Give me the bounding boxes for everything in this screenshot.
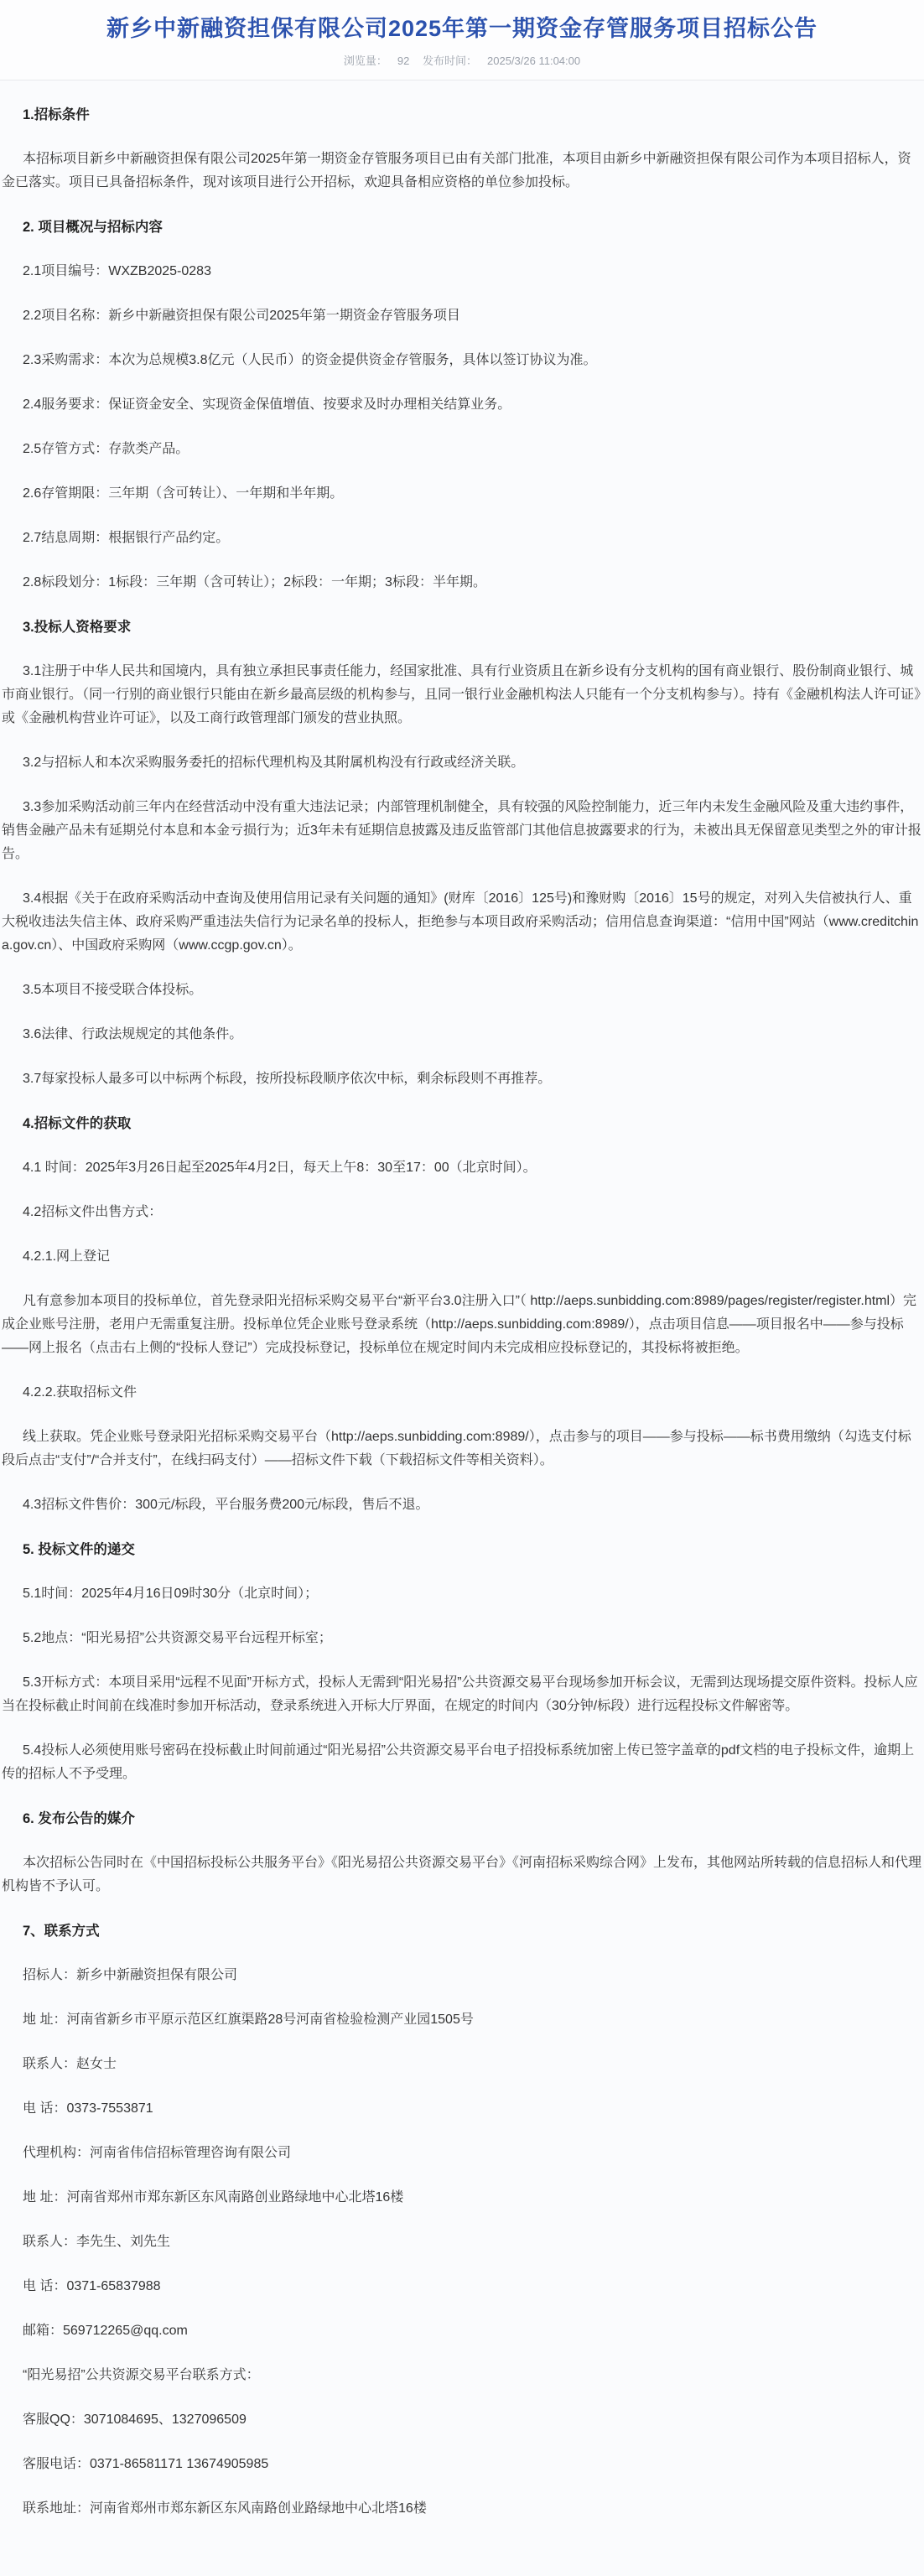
paragraph: 4.1 时间：2025年3月26日起至2025年4月2日，每天上午8：30至17…	[2, 1156, 922, 1180]
paragraph: 客服电话：0371-86581171 13674905985	[2, 2453, 922, 2476]
section-heading: 4.招标文件的获取	[2, 1112, 922, 1135]
paragraph: 3.5本项目不接受联合体投标。	[2, 979, 922, 1002]
paragraph: 2.8标段划分：1标段：三年期（含可转让）；2标段：一年期；3标段：半年期。	[2, 571, 922, 595]
paragraph: 2.4服务要求：保证资金安全、实现资金保值增值、按要求及时办理相关结算业务。	[2, 393, 922, 417]
section-heading: 7、联系方式	[2, 1919, 922, 1943]
views-count: 92	[397, 55, 409, 67]
paragraph: 3.3参加采购活动前三年内在经营活动中没有重大违法记录；内部管理机制健全，具有较…	[2, 796, 922, 866]
paragraph: 4.3招标文件售价：300元/标段，平台服务费200元/标段，售后不退。	[2, 1493, 922, 1517]
paragraph: 5.1时间：2025年4月16日09时30分（北京时间）；	[2, 1582, 922, 1606]
paragraph: 客服QQ：3071084695、1327096509	[2, 2408, 922, 2432]
paragraph: 2.7结息周期：根据银行产品约定。	[2, 527, 922, 550]
paragraph: 本次招标公告同时在《中国招标投标公共服务平台》《阳光易招公共资源交易平台》《河南…	[2, 1851, 922, 1898]
paragraph: 联系人：李先生、刘先生	[2, 2231, 922, 2254]
meta-bar: 浏览量：92 发布时间：2025/3/26 11:04:00	[8, 52, 916, 68]
section-heading: 5. 投标文件的递交	[2, 1538, 922, 1561]
paragraph: 代理机构：河南省伟信招标管理咨询有限公司	[2, 2142, 922, 2165]
paragraph: 5.4投标人必须使用账号密码在投标截止时间前通过“阳光易招”公共资源交易平台电子…	[2, 1739, 922, 1786]
paragraph: 3.4根据《关于在政府采购活动中查询及使用信用记录有关问题的通知》(财库〔201…	[2, 887, 922, 958]
paragraph: 4.2.2.获取招标文件	[2, 1381, 922, 1405]
paragraph: 3.7每家投标人最多可以中标两个标段，按所投标段顺序依次中标，剩余标段则不再推荐…	[2, 1067, 922, 1091]
announcement-header: 新乡中新融资担保有限公司2025年第一期资金存管服务项目招标公告 浏览量：92 …	[0, 0, 924, 80]
paragraph: 招标人：新乡中新融资担保有限公司	[2, 1964, 922, 1987]
paragraph: 联系人：赵女士	[2, 2053, 922, 2076]
section-heading: 3.投标人资格要求	[2, 615, 922, 639]
section-heading: 2. 项目概况与招标内容	[2, 216, 922, 239]
page-title: 新乡中新融资担保有限公司2025年第一期资金存管服务项目招标公告	[8, 13, 916, 44]
announcement-page: 新乡中新融资担保有限公司2025年第一期资金存管服务项目招标公告 浏览量：92 …	[0, 0, 924, 2576]
paragraph: 电 话：0371-65837988	[2, 2275, 922, 2298]
paragraph: 2.3采购需求：本次为总规模3.8亿元（人民币）的资金提供资金存管服务，具体以签…	[2, 349, 922, 372]
paragraph: 本招标项目新乡中新融资担保有限公司2025年第一期资金存管服务项目已由有关部门批…	[2, 148, 922, 195]
paragraph: 电 话：0373-7553871	[2, 2097, 922, 2121]
announcement-body: 1.招标条件本招标项目新乡中新融资担保有限公司2025年第一期资金存管服务项目已…	[0, 80, 924, 2550]
paragraph: 联系地址：河南省郑州市郑东新区东风南路创业路绿地中心北塔16楼	[2, 2497, 922, 2521]
paragraph: 2.1项目编号：WXZB2025-0283	[2, 260, 922, 283]
paragraph: 5.2地点：“阳光易招”公共资源交易平台远程开标室；	[2, 1627, 922, 1650]
views-label: 浏览量：	[344, 55, 387, 67]
paragraph: 3.2与招标人和本次采购服务委托的招标代理机构及其附属机构没有行政或经济关联。	[2, 751, 922, 775]
paragraph: 线上获取。凭企业账号登录阳光招标采购交易平台（http://aeps.sunbi…	[2, 1426, 922, 1472]
paragraph: “阳光易招”公共资源交易平台联系方式：	[2, 2364, 922, 2387]
paragraph: 邮箱：569712265@qq.com	[2, 2319, 922, 2343]
paragraph: 3.1注册于中华人民共和国境内，具有独立承担民事责任能力，经国家批准、具有行业资…	[2, 660, 922, 730]
paragraph: 2.2项目名称：新乡中新融资担保有限公司2025年第一期资金存管服务项目	[2, 304, 922, 328]
paragraph: 地 址：河南省新乡市平原示范区红旗渠路28号河南省检验检测产业园1505号	[2, 2008, 922, 2032]
paragraph: 2.5存管方式：存款类产品。	[2, 438, 922, 461]
paragraph: 2.6存管期限：三年期（含可转让）、一年期和半年期。	[2, 482, 922, 506]
section-heading: 1.招标条件	[2, 103, 922, 127]
paragraph: 4.2招标文件出售方式：	[2, 1201, 922, 1224]
paragraph: 5.3开标方式：本项目采用“远程不见面”开标方式，投标人无需到“阳光易招”公共资…	[2, 1671, 922, 1718]
paragraph: 凡有意参加本项目的投标单位，首先登录阳光招标采购交易平台“新平台3.0注册入口”…	[2, 1290, 922, 1360]
publish-time-label: 发布时间：	[423, 55, 477, 67]
section-heading: 6. 发布公告的媒介	[2, 1807, 922, 1831]
paragraph: 4.2.1.网上登记	[2, 1245, 922, 1269]
paragraph: 地 址：河南省郑州市郑东新区东风南路创业路绿地中心北塔16楼	[2, 2186, 922, 2210]
paragraph: 3.6法律、行政法规规定的其他条件。	[2, 1023, 922, 1046]
publish-time-value: 2025/3/26 11:04:00	[487, 55, 580, 67]
